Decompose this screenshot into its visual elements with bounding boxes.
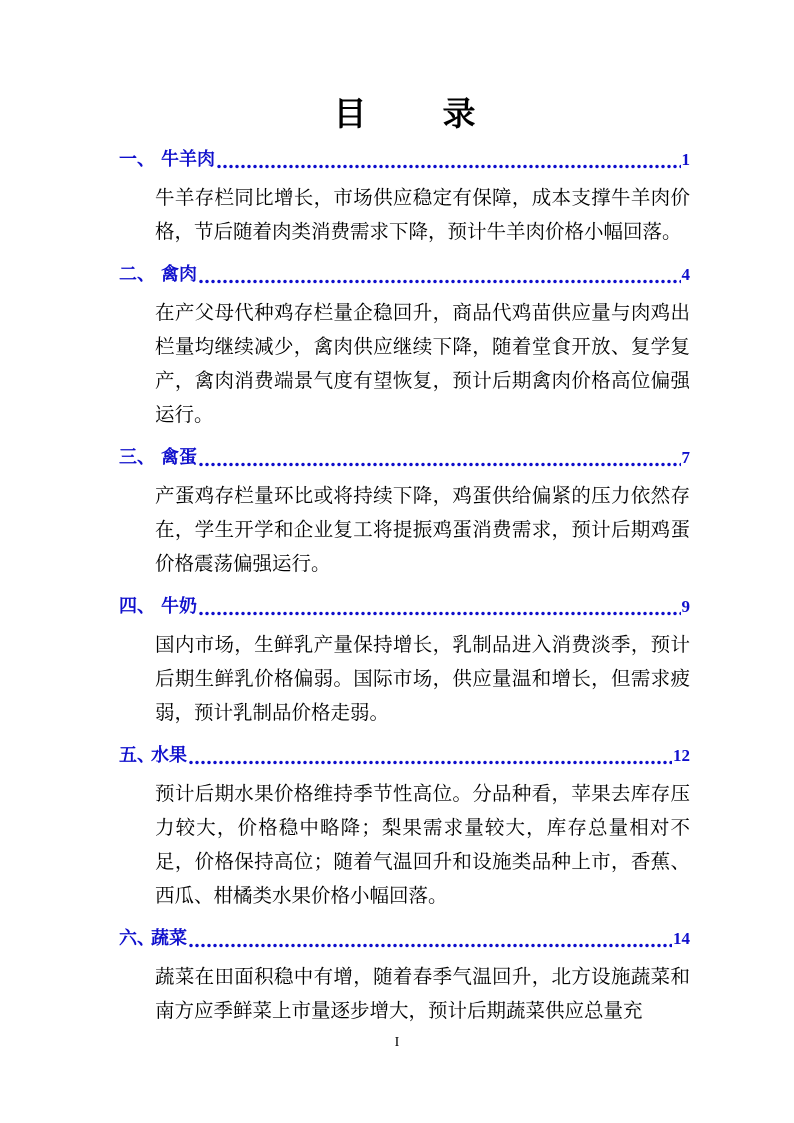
page-title-char-left: 目: [334, 95, 367, 132]
table-of-contents: 一、牛羊肉1牛羊存栏同比增长，市场供应稳定有保障，成本支撑牛羊肉价格，节后随着肉…: [119, 147, 690, 1029]
toc-entry-summary: 牛羊存栏同比增长，市场供应稳定有保障，成本支撑牛羊肉价格，节后随着肉类消费需求下…: [155, 182, 690, 250]
dotted-leader: [217, 164, 681, 169]
dotted-leader: [199, 462, 681, 467]
toc-entry-link[interactable]: 三、禽蛋7: [119, 445, 690, 470]
toc-section: 五、水果12预计后期水果价格维持季节性高位。分品种看，苹果去库存压力较大，价格稳…: [119, 743, 690, 914]
dotted-leader: [189, 760, 672, 765]
toc-entry-link[interactable]: 六、蔬菜14: [119, 926, 690, 951]
page-number-footer: I: [0, 1035, 794, 1051]
toc-entry-title: 蔬菜: [151, 926, 187, 950]
toc-entry-page-number: 1: [682, 148, 691, 172]
toc-entry-number: 五、: [119, 743, 155, 767]
toc-section: 一、牛羊肉1牛羊存栏同比增长，市场供应稳定有保障，成本支撑牛羊肉价格，节后随着肉…: [119, 147, 690, 250]
toc-entry-title: 牛奶: [161, 594, 197, 618]
toc-entry-page-number: 7: [682, 446, 691, 470]
toc-section: 六、蔬菜14蔬菜在田面积稳中有增，随着春季气温回升，北方设施蔬菜和南方应季鲜菜上…: [119, 926, 690, 1029]
document-page: 目录 一、牛羊肉1牛羊存栏同比增长，市场供应稳定有保障，成本支撑牛羊肉价格，节后…: [0, 0, 794, 1123]
dotted-leader: [189, 943, 672, 948]
toc-entry-page-number: 14: [673, 927, 690, 951]
toc-section: 二、禽肉4在产父母代种鸡存栏量企稳回升，商品代鸡苗供应量与肉鸡出栏量均继续减少，…: [119, 262, 690, 433]
toc-entry-number: 一、: [119, 147, 155, 171]
toc-section: 四、牛奶9国内市场，生鲜乳产量保持增长，乳制品进入消费淡季，预计后期生鲜乳价格偏…: [119, 594, 690, 731]
page-title: 目录: [119, 93, 690, 135]
toc-entry-number: 四、: [119, 594, 155, 618]
toc-entry-link[interactable]: 二、禽肉4: [119, 262, 690, 287]
toc-entry-link[interactable]: 五、水果12: [119, 743, 690, 768]
toc-entry-summary: 产蛋鸡存栏量环比或将持续下降，鸡蛋供给偏紧的压力依然存在，学生开学和企业复工将提…: [155, 480, 690, 582]
toc-entry-page-number: 4: [682, 263, 691, 287]
toc-entry-title: 水果: [151, 743, 187, 767]
toc-entry-title: 禽肉: [161, 262, 197, 286]
toc-entry-link[interactable]: 一、牛羊肉1: [119, 147, 690, 172]
toc-entry-number: 二、: [119, 262, 155, 286]
toc-entry-number: 六、: [119, 926, 155, 950]
toc-entry-title: 禽蛋: [161, 445, 197, 469]
dotted-leader: [199, 279, 681, 284]
toc-entry-page-number: 12: [673, 744, 690, 768]
toc-entry-title: 牛羊肉: [161, 147, 215, 171]
toc-content-area: 目录 一、牛羊肉1牛羊存栏同比增长，市场供应稳定有保障，成本支撑牛羊肉价格，节后…: [119, 93, 690, 1029]
toc-entry-summary: 在产父母代种鸡存栏量企稳回升，商品代鸡苗供应量与肉鸡出栏量均继续减少，禽肉供应继…: [155, 297, 690, 433]
toc-entry-summary: 国内市场，生鲜乳产量保持增长，乳制品进入消费淡季，预计后期生鲜乳价格偏弱。国际市…: [155, 629, 690, 731]
toc-entry-number: 三、: [119, 445, 155, 469]
toc-entry-page-number: 9: [682, 595, 691, 619]
page-title-char-right: 录: [443, 95, 476, 132]
toc-entry-summary: 蔬菜在田面积稳中有增，随着春季气温回升，北方设施蔬菜和南方应季鲜菜上市量逐步增大…: [155, 961, 690, 1029]
toc-entry-summary: 预计后期水果价格维持季节性高位。分品种看，苹果去库存压力较大，价格稳中略降；梨果…: [155, 778, 690, 914]
toc-entry-link[interactable]: 四、牛奶9: [119, 594, 690, 619]
dotted-leader: [199, 611, 681, 616]
toc-section: 三、禽蛋7产蛋鸡存栏量环比或将持续下降，鸡蛋供给偏紧的压力依然存在，学生开学和企…: [119, 445, 690, 582]
